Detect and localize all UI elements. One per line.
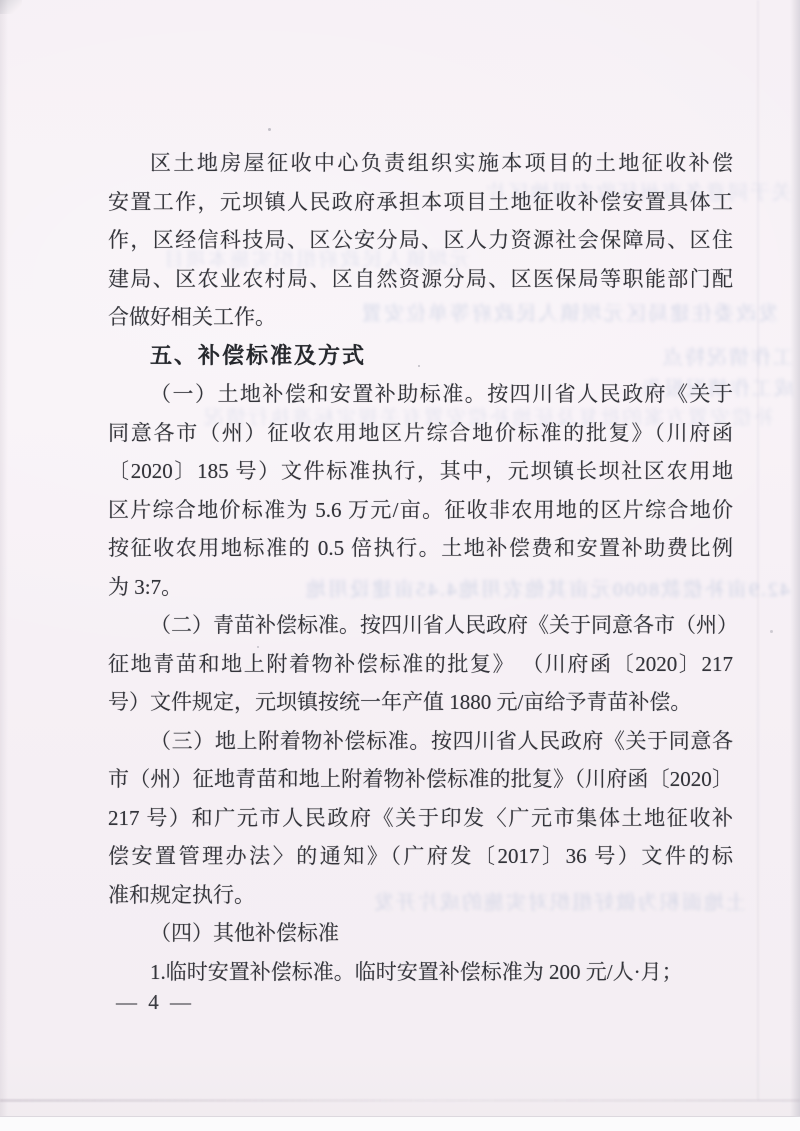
doc-line: 五、补偿标准及方式 [108,337,733,376]
doc-line: 作，区经信科技局、区公安分局、区人力资源社会保障局、区住 [108,221,733,260]
doc-line: （一）土地补偿和安置补助标准。按四川省人民政府《关于 [108,375,733,414]
doc-line: 〔2020〕185 号）文件标准执行，其中，元坝镇长坝社区农用地 [108,452,733,491]
doc-line: 按征收农用地标准的 0.5 倍执行。土地补偿费和安置补助费比例 [108,529,733,568]
paragraph: 1.临时安置补偿标准。临时安置补偿标准为 200 元/人·月； [108,953,733,992]
doc-line: 号）文件规定，元坝镇按统一年产值 1880 元/亩给予青苗补偿。 [108,683,733,722]
page-number: — 4 — [116,990,194,1015]
section-heading: 五、补偿标准及方式 [108,337,733,376]
paragraph: （四）其他补偿标准 [108,914,733,953]
doc-line: 安置工作，元坝镇人民政府承担本项目土地征收补偿安置具体工 [108,183,733,222]
doc-line: 偿安置管理办法〉的通知》（广府发〔2017〕36 号）文件的标 [108,837,733,876]
doc-line: 合做好相关工作。 [108,298,733,337]
doc-line: 建局、区农业农村局、区自然资源分局、区医保局等职能部门配 [108,260,733,299]
paragraph: （一）土地补偿和安置补助标准。按四川省人民政府《关于同意各市（州）征收农用地区片… [108,375,733,606]
scan-right-shadow [790,0,800,1120]
scan-speck [418,365,420,367]
doc-line: 217 号）和广元市人民政府《关于印发〈广元市集体土地征收补 [108,799,733,838]
scan-speck [268,128,271,131]
paper-crease [0,1099,800,1102]
scan-speck [770,630,773,633]
scan-speck [257,646,259,648]
doc-line: 为 3:7。 [108,568,733,607]
doc-line: （二）青苗补偿标准。按四川省人民政府《关于同意各市（州） [108,606,733,645]
doc-line: 区片综合地价标准为 5.6 万元/亩。征收非农用地的区片综合地价 [108,491,733,530]
page-bottom-edge [0,1117,800,1131]
doc-line: 区土地房屋征收中心负责组织实施本项目的土地征收补偿 [108,144,733,183]
paragraph: 区土地房屋征收中心负责组织实施本项目的土地征收补偿安置工作，元坝镇人民政府承担本… [108,144,733,337]
doc-line: 准和规定执行。 [108,876,733,915]
doc-line: 征地青苗和地上附着物补偿标准的批复》 （川府函〔2020〕217 [108,645,733,684]
paragraph: （三）地上附着物补偿标准。按四川省人民政府《关于同意各市（州）征地青苗和地上附着… [108,722,733,915]
paragraph: （二）青苗补偿标准。按四川省人民政府《关于同意各市（州）征地青苗和地上附着物补偿… [108,606,733,722]
doc-line: 市（州）征地青苗和地上附着物补偿标准的批复》（川府函〔2020〕 [108,760,733,799]
doc-line: （三）地上附着物补偿标准。按四川省人民政府《关于同意各 [108,722,733,761]
scan-left-edge [0,0,8,1120]
paper-fold-line [757,0,759,1100]
scanned-document-page: 关于同意各市州征收农用地区片元坝镇人民政府组织实施本项目发改委住建局区元坝镇人民… [0,0,800,1131]
doc-line: 1.临时安置补偿标准。临时安置补偿标准为 200 元/人·月； [108,953,733,992]
doc-line: （四）其他补偿标准 [108,914,733,953]
doc-line: 同意各市（州）征收农用地区片综合地价标准的批复》（川府函 [108,414,733,453]
document-body: 区土地房屋征收中心负责组织实施本项目的土地征收补偿安置工作，元坝镇人民政府承担本… [108,144,733,991]
